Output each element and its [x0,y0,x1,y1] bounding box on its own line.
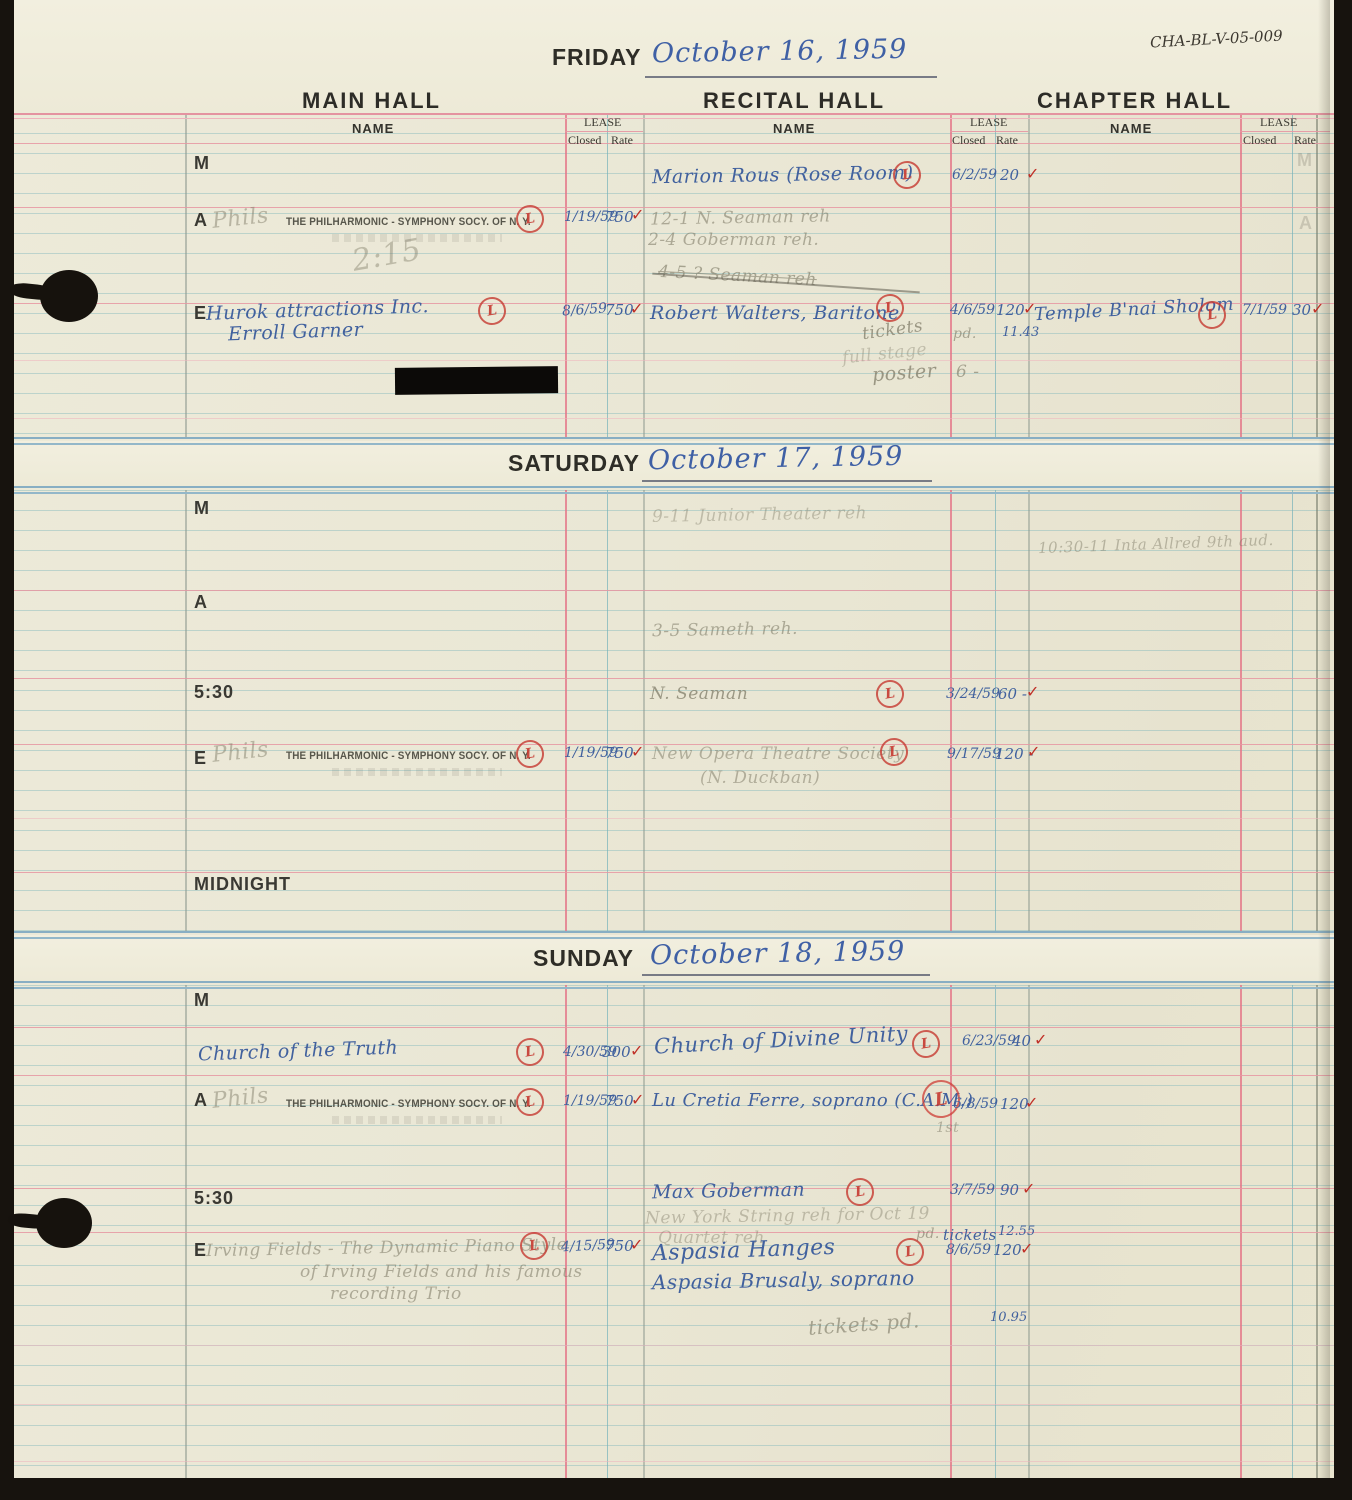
grid-line [14,1461,1334,1462]
check-icon: ✓ [1034,1030,1047,1049]
row-label-m: M [194,153,210,174]
entry-max-goberman: Max Goberman [652,1179,805,1204]
lease-closed-date: 6/23/59 [962,1033,1016,1049]
redaction-bar [395,366,558,395]
check-icon: ✓ [1026,164,1039,183]
note-poster: poster [871,360,937,386]
date-underline [642,974,930,976]
note-paid: pd. [916,1226,940,1242]
lease-rate: 300 [602,1043,631,1061]
col-header-name-chapter: NAME [1110,121,1152,136]
lease-closed-date: 8/6/59 [561,300,607,319]
stamp-smudge [332,1116,502,1124]
entry-robert-walters: Robert Walters, Baritone [650,302,900,324]
row-label-m: M [194,498,210,519]
grid-line [14,818,1334,819]
ghost-row-label-a: A [1299,213,1312,234]
entry-n-seaman: N. Seaman [650,684,748,704]
lease-rate: 120 [996,301,1025,319]
grid-line [14,418,1334,419]
check-icon: ✓ [631,742,644,761]
col-header-rate-main: Rate [611,133,633,148]
grid-line [14,678,1334,679]
lease-rate: 40 [1012,1032,1031,1050]
check-icon: ✓ [631,1090,644,1109]
lease-rate: 120 [993,1241,1022,1259]
lease-rate: 750 [605,208,634,226]
col-header-lease-chapter: LEASE [1260,115,1297,130]
entry-irving-fields-3: recording Trio [330,1284,462,1304]
grid-line [950,131,1028,132]
day-title-friday: FRIDAY [552,44,642,71]
lease-rate: 20 [1000,166,1019,184]
entry-erroll-garner: Erroll Garner [228,319,364,346]
col-header-closed-chapter: Closed [1243,133,1276,148]
note-poster-amount: 6 - [956,362,979,382]
row-label-e: E [194,748,207,769]
lease-closed-date: 3/24/59 [946,686,1000,702]
lease-closed-date: 9/17/59 [947,746,1001,762]
check-icon: ✓ [1022,1179,1035,1198]
col-header-lease-main: LEASE [584,115,621,130]
col-header-rate-recital: Rate [996,133,1018,148]
row-label-a: A [194,210,208,231]
amount-note: 10.95 [990,1310,1027,1325]
date-underline [645,76,937,78]
day-date-saturday: October 17, 1959 [648,441,904,476]
grid-line [14,931,1334,939]
row-label-a: A [194,1090,208,1111]
ghost-row-label-m: M [1297,150,1312,171]
grid-line [14,143,1334,144]
hall-header-chapter: CHAPTER HALL [1037,88,1232,114]
ledger-table-saturday [14,490,1334,931]
col-header-closed-main: Closed [568,133,601,148]
grid-line [14,486,1334,494]
check-icon: ✓ [630,299,643,318]
grid-line [14,981,1334,989]
philharmonic-stamp: THE PHILHARMONIC - SYMPHONY SOCY. OF N. … [286,750,531,762]
lease-closed-date: 4/6/59 [950,302,995,318]
amount-note: 12.55 [998,1224,1035,1239]
grid-line [14,1075,1334,1076]
col-header-rate-chapter: Rate [1294,133,1316,148]
check-icon: ✓ [630,1235,643,1254]
lease-rate: 750 [605,744,634,762]
lease-closed-date: 8/6/59 [946,1242,991,1258]
check-icon: ✓ [631,205,644,224]
row-label-midnight: MIDNIGHT [194,874,291,895]
check-icon: ✓ [1025,1093,1038,1112]
entry-aspasia-brusaly: Aspasia Brusaly, soprano [652,1266,915,1295]
col-header-name-recital: NAME [773,121,815,136]
note-junior-theater: 9-11 Junior Theater reh [652,503,867,527]
note-paid: pd. [953,326,977,342]
entry-irving-fields-2: of Irving Fields and his famous [300,1262,583,1282]
check-icon: ✓ [630,1041,643,1060]
row-label-530: 5:30 [194,682,234,703]
check-icon: ✓ [1026,682,1039,701]
stamp-smudge [332,768,502,776]
lease-closed-date: 3/7/59 [950,1182,995,1198]
hall-header-recital: RECITAL HALL [703,88,885,114]
grid-line [14,1404,1334,1405]
col-header-closed-recital: Closed [952,133,985,148]
lease-rate: 750 [605,1092,634,1110]
row-label-530: 5:30 [194,1188,234,1209]
day-date-friday: October 16, 1959 [652,34,908,69]
grid-line [14,1027,1334,1028]
check-icon: ✓ [1311,299,1324,318]
row-label-a: A [194,592,208,613]
entry-seaman-reh: 12-1 N. Seaman reh [650,206,831,229]
entry-duckban: (N. Duckban) [700,768,820,788]
lease-rate: 90 [1000,1181,1019,1199]
day-title-sunday: SUNDAY [533,945,634,972]
lease-closed-date: 6/8/59 [953,1096,998,1112]
grid-line [14,360,1334,361]
entry-goberman-reh: 2-4 Goberman reh. [648,230,819,250]
lease-closed-date: 6/2/59 [952,167,997,183]
entry-new-opera-society: New Opera Theatre Society [652,744,904,764]
col-header-lease-recital: LEASE [970,115,1007,130]
lease-closed-date: 7/1/59 [1242,302,1287,318]
day-date-sunday: October 18, 1959 [650,936,906,971]
grid-line [14,590,1334,591]
col-header-name-main: NAME [352,121,394,136]
philharmonic-stamp: THE PHILHARMONIC - SYMPHONY SOCY. OF N. … [286,216,531,228]
check-icon: ✓ [1027,742,1040,761]
date-underline [642,480,932,482]
grid-line [565,131,643,132]
page-gutter-shadow [1318,0,1330,1478]
lease-rate: 30 [1292,301,1311,319]
grid-line [1240,131,1330,132]
grid-line [14,1345,1334,1346]
philharmonic-stamp: THE PHILHARMONIC - SYMPHONY SOCY. OF N. … [286,1098,531,1110]
check-icon: ✓ [1020,1239,1033,1258]
scanned-ledger-screenshot: { "meta": { "archive_code": "CHA-BL-V-05… [0,0,1352,1500]
lease-rate: 60 - [998,685,1027,703]
note-sameth-reh: 3-5 Sameth reh. [652,619,798,642]
note-first: 1st [936,1120,959,1136]
row-label-m: M [194,990,210,1011]
day-title-saturday: SATURDAY [508,450,640,477]
hall-header-main: MAIN HALL [302,88,441,114]
entry-marion-rous: Marion Rous (Rose Room) [652,162,914,189]
grid-line [14,872,1334,873]
amount-note: 11.43 [1002,325,1039,340]
